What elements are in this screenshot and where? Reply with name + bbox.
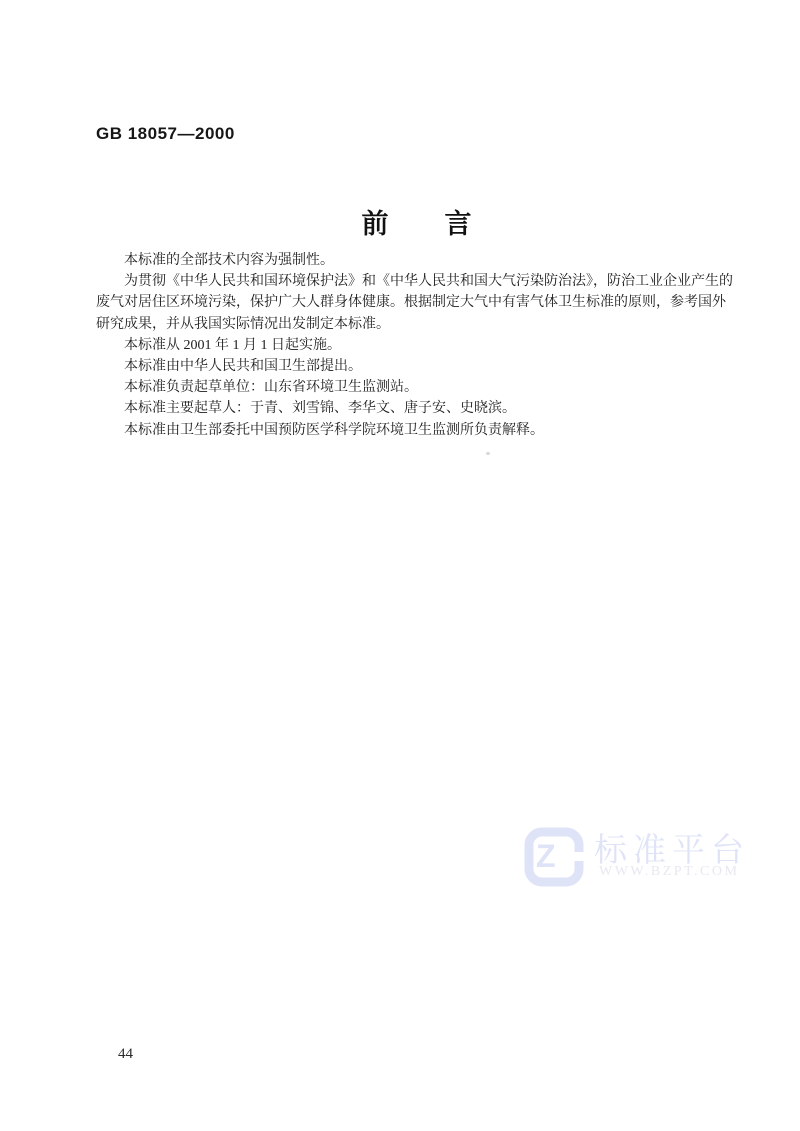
foreword-body: 本标准的全部技术内容为强制性。 为贯彻《中华人民共和国环境保护法》和《中华人民共… (96, 250, 741, 441)
body-line: 本标准由中华人民共和国卫生部提出。 (96, 356, 741, 377)
body-line: 为贯彻《中华人民共和国环境保护法》和《中华人民共和国大气污染防治法》，防治工业企… (96, 271, 741, 292)
scan-speck (486, 452, 490, 455)
svg-text:Z: Z (536, 838, 556, 874)
title-char-second: 言 (445, 202, 472, 241)
title-char-first: 前 (362, 202, 389, 241)
standard-code: GB 18057—2000 (96, 124, 235, 144)
body-line: 本标准主要起草人：于青、刘雪锦、李华文、唐子安、史晓滨。 (96, 398, 741, 419)
body-line: 本标准从 2001 年 1 月 1 日起实施。 (96, 335, 741, 356)
body-line: 本标准负责起草单位：山东省环境卫生监测站。 (96, 377, 741, 398)
bzpt-logo-icon: Z (524, 827, 584, 887)
body-line: 研究成果，并从我国实际情况出发制定本标准。 (96, 314, 741, 335)
page-title: 前 言 (96, 202, 737, 241)
body-line: 废气对居住区环境污染，保护广大人群身体健康。根据制定大气中有害气体卫生标准的原则… (96, 292, 741, 313)
page-number: 44 (118, 1046, 133, 1063)
body-line: 本标准由卫生部委托中国预防医学科学院环境卫生监测所负责解释。 (96, 420, 741, 441)
body-line: 本标准的全部技术内容为强制性。 (96, 250, 741, 271)
watermark-url-text: WWW.BZPT.COM (599, 864, 739, 880)
document-page: GB 18057—2000 前 言 本标准的全部技术内容为强制性。 为贯彻《中华… (0, 0, 800, 1131)
